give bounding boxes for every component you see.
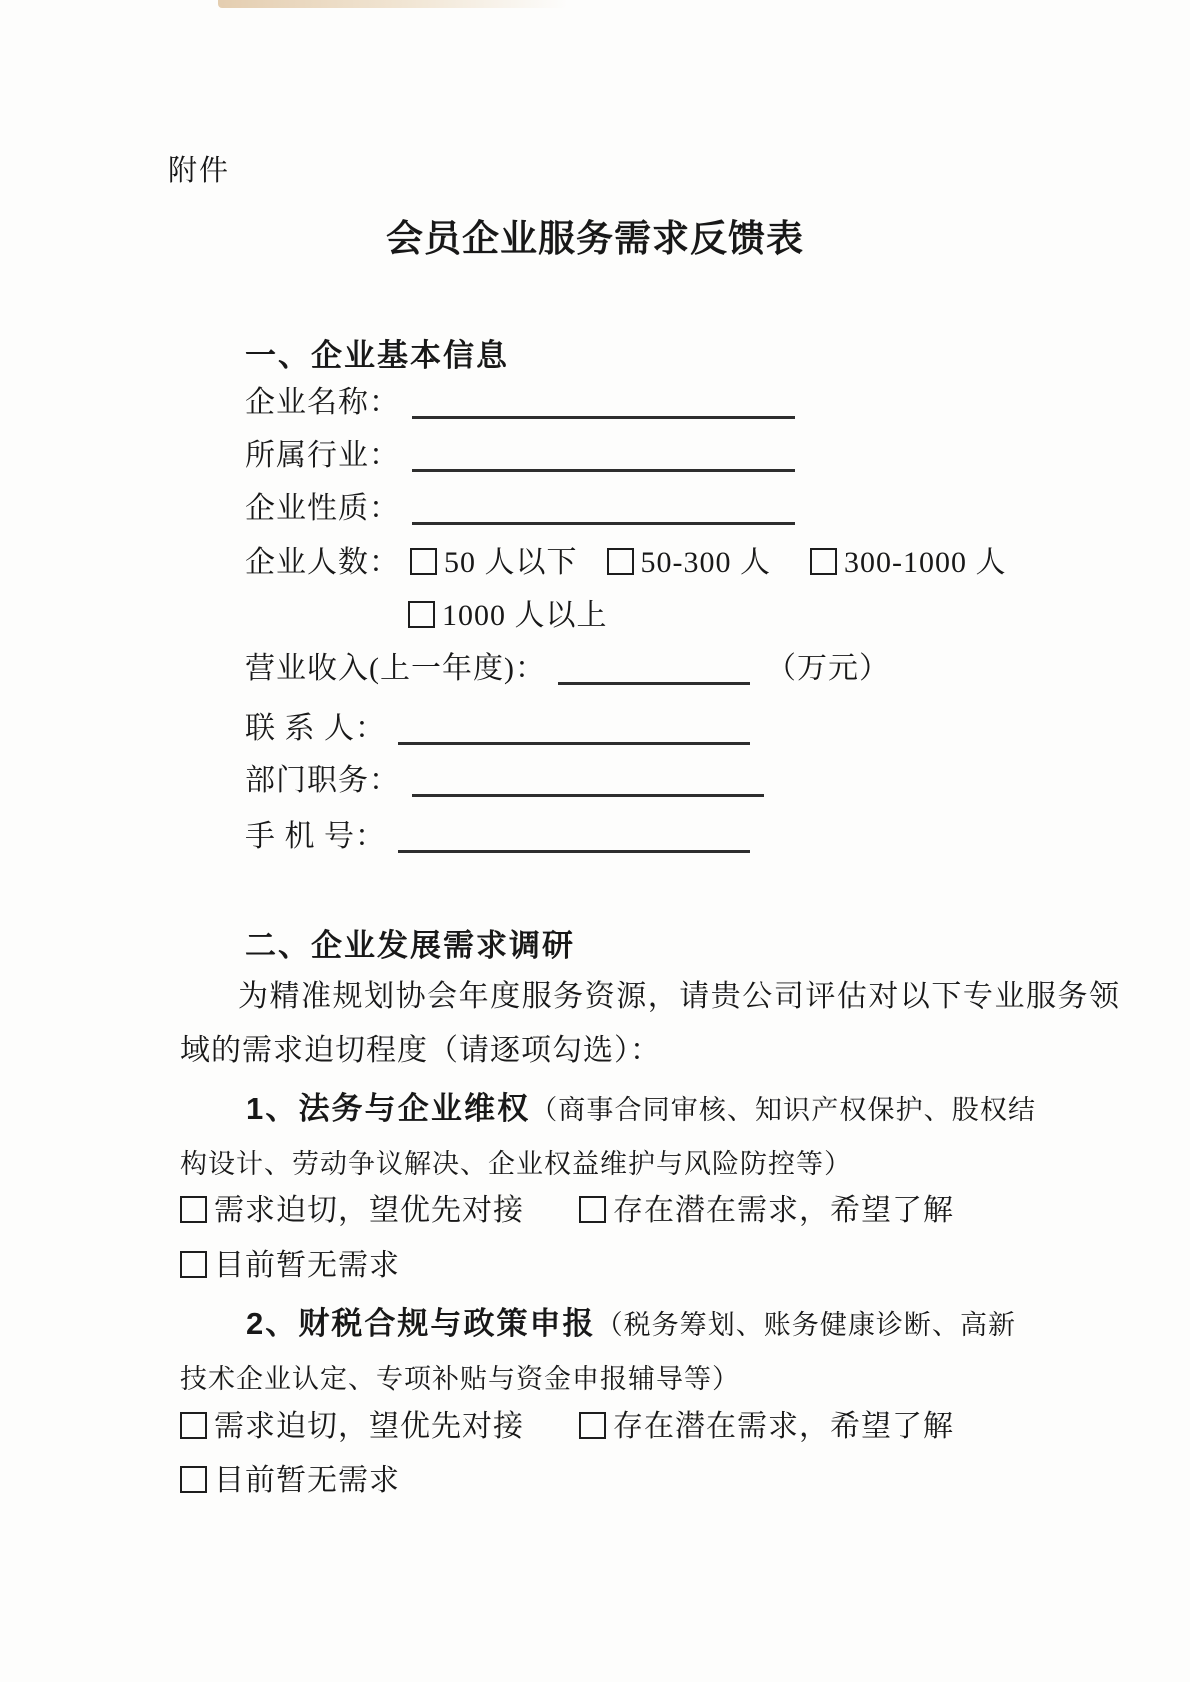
mobile-number-fill-line[interactable] (398, 820, 750, 853)
nature-fill-line[interactable] (412, 492, 795, 525)
item-2-option-potential: 存在潜在需求，希望了解 (579, 1410, 954, 1443)
field-contact-person: 联 系 人： (245, 711, 750, 747)
headcount-option-300-1000: 300-1000 人 (810, 546, 1007, 579)
section1-heading: 一、企业基本信息 (245, 330, 509, 375)
item-1-option-none-row: 目前暂无需求 (180, 1247, 400, 1285)
option-label: 目前暂无需求 (214, 1249, 400, 1282)
industry-fill-line[interactable] (412, 439, 795, 472)
headcount-option-under-50: 50 人以下 (410, 546, 578, 579)
survey-intro-paragraph: 为精准规划协会年度服务资源，请贵公司评估对以下专业服务领域的需求迫切程度（请逐项… (180, 970, 1120, 1078)
option-label: 目前暂无需求 (214, 1464, 400, 1497)
headcount-option-label: 50-300 人 (641, 546, 772, 579)
item-2-option-urgent: 需求迫切，望优先对接 (180, 1410, 524, 1443)
revenue-unit-label: （万元） (766, 652, 890, 685)
item-1-option-potential: 存在潜在需求，希望了解 (579, 1194, 954, 1227)
industry-label: 所属行业： (245, 439, 400, 472)
item-2-option-none: 目前暂无需求 (180, 1464, 400, 1497)
item-1-option-urgent: 需求迫切，望优先对接 (180, 1194, 524, 1227)
section2-heading: 二、企业发展需求调研 (245, 920, 575, 965)
option-label: 需求迫切，望优先对接 (214, 1194, 524, 1227)
survey-item-2: 2、财税合规与政策申报（税务筹划、账务健康诊断、高新技术企业认定、专项补贴与资金… (180, 1297, 1016, 1406)
headcount-option-50-300: 50-300 人 (607, 546, 772, 579)
form-title: 会员企业服务需求反馈表 (0, 208, 1190, 262)
field-revenue: 营业收入(上一年度)：（万元） (245, 651, 890, 687)
field-headcount: 企业人数：50 人以下50-300 人300-1000 人 (245, 545, 1007, 581)
item-2-options-row: 需求迫切，望优先对接存在潜在需求，希望了解 (180, 1408, 954, 1446)
field-company-name: 企业名称： (245, 385, 795, 421)
item-2-title: 财税合规与政策申报 (298, 1306, 595, 1341)
headcount-option-label: 300-1000 人 (844, 546, 1007, 579)
field-department-title: 部门职务： (245, 763, 764, 799)
item-1-options-row: 需求迫切，望优先对接存在潜在需求，希望了解 (180, 1192, 954, 1230)
checkbox-empty-icon[interactable] (579, 1412, 606, 1439)
checkbox-empty-icon[interactable] (180, 1196, 207, 1223)
item-1-title: 法务与企业维权 (298, 1091, 530, 1126)
contact-person-fill-line[interactable] (398, 712, 750, 745)
option-label: 需求迫切，望优先对接 (214, 1410, 524, 1443)
option-label: 存在潜在需求，希望了解 (613, 1410, 954, 1443)
checkbox-empty-icon[interactable] (180, 1412, 207, 1439)
company-name-label: 企业名称： (245, 386, 400, 419)
scan-artifact-smudge (218, 0, 568, 8)
item-2-option-none-row: 目前暂无需求 (180, 1462, 400, 1500)
checkbox-empty-icon[interactable] (607, 548, 634, 575)
attachment-label: 附件 (168, 148, 230, 189)
mobile-number-label: 手 机 号： (245, 820, 386, 853)
checkbox-empty-icon[interactable] (180, 1466, 207, 1493)
department-title-fill-line[interactable] (412, 764, 764, 797)
survey-item-1: 1、法务与企业维权（商事合同审核、知识产权保护、股权结构设计、劳动争议解决、企业… (180, 1082, 1036, 1191)
field-nature: 企业性质： (245, 491, 795, 527)
field-mobile-number: 手 机 号： (245, 819, 750, 855)
revenue-fill-line[interactable] (558, 652, 750, 685)
checkbox-empty-icon[interactable] (410, 548, 437, 575)
option-label: 存在潜在需求，希望了解 (613, 1194, 954, 1227)
checkbox-empty-icon[interactable] (810, 548, 837, 575)
revenue-label: 营业收入(上一年度)： (245, 652, 546, 685)
item-1-number: 1、 (246, 1091, 298, 1126)
headcount-option-label: 1000 人以上 (442, 599, 608, 632)
field-headcount-row2: 1000 人以上 (408, 598, 608, 634)
nature-label: 企业性质： (245, 492, 400, 525)
headcount-option-over-1000: 1000 人以上 (408, 599, 608, 632)
item-2-number: 2、 (246, 1306, 298, 1341)
scanned-form-page: 附件 会员企业服务需求反馈表 一、企业基本信息 企业名称： 所属行业： 企业性质… (0, 0, 1190, 1682)
contact-person-label: 联 系 人： (245, 712, 386, 745)
checkbox-empty-icon[interactable] (579, 1196, 606, 1223)
checkbox-empty-icon[interactable] (408, 601, 435, 628)
headcount-option-label: 50 人以下 (444, 546, 578, 579)
field-industry: 所属行业： (245, 438, 795, 474)
department-title-label: 部门职务： (245, 764, 400, 797)
checkbox-empty-icon[interactable] (180, 1251, 207, 1278)
headcount-label: 企业人数： (245, 546, 400, 579)
item-1-option-none: 目前暂无需求 (180, 1249, 400, 1282)
company-name-fill-line[interactable] (412, 386, 795, 419)
